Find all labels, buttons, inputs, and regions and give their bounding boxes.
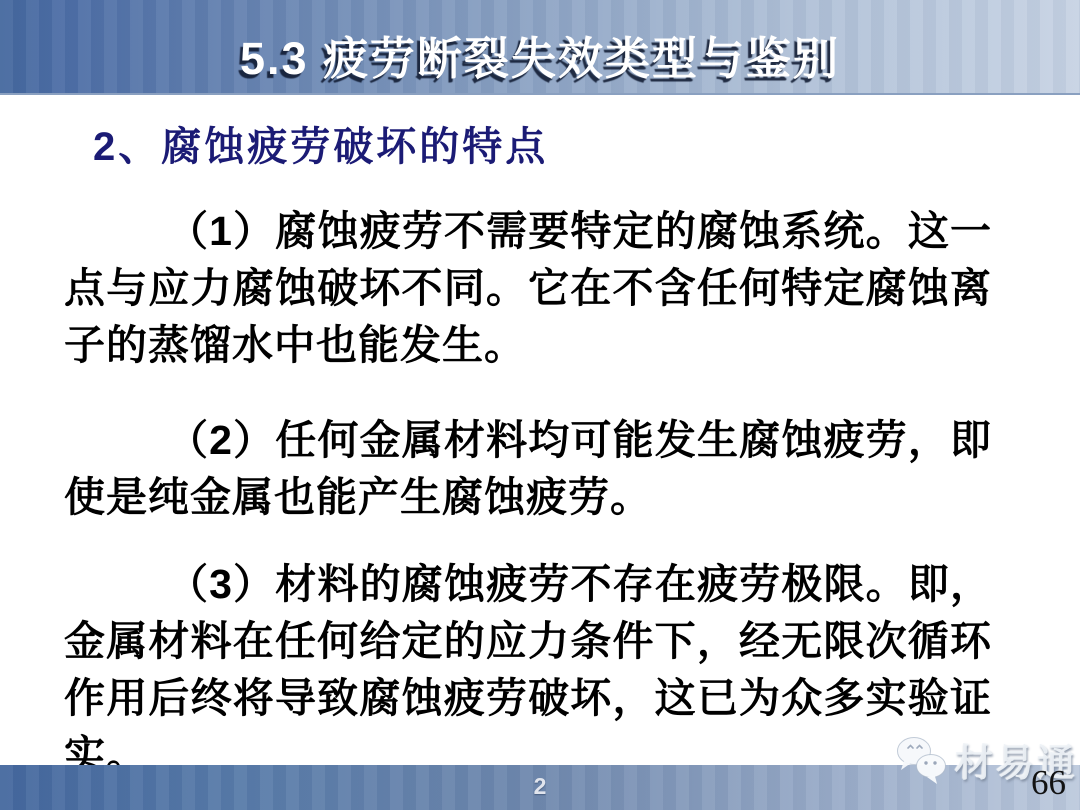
header-bar: 5.3 疲劳断裂失效类型与鉴别 bbox=[0, 0, 1080, 95]
paragraph-3: （3）材料的腐蚀疲劳不存在疲劳极限。即，金属材料在任何给定的应力条件下，经无限次… bbox=[64, 556, 992, 784]
paragraph-1: （1）腐蚀疲劳不需要特定的腐蚀系统。这一点与应力腐蚀破坏不同。它在不含任何特定腐… bbox=[64, 203, 992, 374]
page-number: 66 bbox=[1031, 763, 1066, 803]
wechat-chat-bubbles-icon bbox=[895, 735, 951, 785]
paragraph-2: （2）任何金属材料均可能发生腐蚀疲劳，即使是纯金属也能产生腐蚀疲劳。 bbox=[64, 412, 992, 526]
slide-content: 2、腐蚀疲劳破坏的特点 （1）腐蚀疲劳不需要特定的腐蚀系统。这一点与应力腐蚀破坏… bbox=[0, 95, 1080, 765]
section-subtitle: 2、腐蚀疲劳破坏的特点 bbox=[93, 123, 1080, 171]
presentation-slide: 5.3 疲劳断裂失效类型与鉴别 2、腐蚀疲劳破坏的特点 （1）腐蚀疲劳不需要特定… bbox=[0, 0, 1080, 810]
body-text-block: （1）腐蚀疲劳不需要特定的腐蚀系统。这一点与应力腐蚀破坏不同。它在不含任何特定腐… bbox=[0, 203, 1080, 784]
slide-title: 5.3 疲劳断裂失效类型与鉴别 bbox=[0, 22, 1080, 87]
